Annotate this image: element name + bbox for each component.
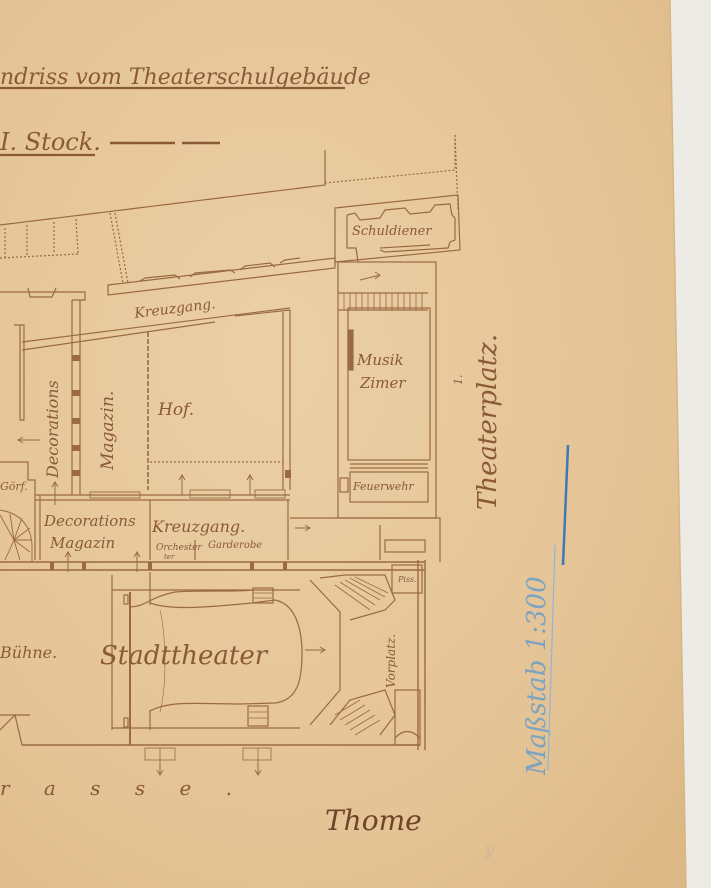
floor-plan-drawing: ndriss vom Theaterschulgebäude I. Stock. xyxy=(0,0,711,888)
scale-label: Maßstab 1:300 xyxy=(522,576,552,776)
room-label-feuerwehr: Feuerwehr xyxy=(352,480,414,493)
room-label-zimmer: Zimer xyxy=(359,374,406,392)
room-label-orchester: Orchester xyxy=(156,543,202,553)
room-label-piss: Piss. xyxy=(397,575,417,584)
floor-plan-sheet: ndriss vom Theaterschulgebäude I. Stock. xyxy=(0,0,711,888)
corner-mark: y xyxy=(484,840,495,859)
room-label-buhne: Bühne. xyxy=(0,643,57,662)
room-label-decorations: Decorations xyxy=(43,512,136,530)
plan-title: ndriss vom Theaterschulgebäude xyxy=(0,65,371,90)
room-label-schuldiener: Schuldiener xyxy=(352,224,432,239)
room-label-orchester-2: ter xyxy=(164,553,175,561)
theaterplatz-label: Theaterplatz. xyxy=(473,334,503,510)
room-label-stadttheater: Stadttheater xyxy=(100,641,269,671)
room-label-magazin-vertical: Magazin. xyxy=(98,391,118,471)
room-label-hof: Hof. xyxy=(157,400,194,420)
street-label: r a s s e . xyxy=(0,776,246,800)
room-label-musik: Musik xyxy=(356,351,404,369)
floor-label: I. Stock. xyxy=(0,128,101,156)
room-label-vorplatz: Vorplatz. xyxy=(384,634,398,688)
room-label-magazin: Magazin xyxy=(49,534,115,552)
room-label-gorf: Görf. xyxy=(0,480,28,493)
room-label-garderobe: Garderobe xyxy=(208,540,262,551)
room-label-decorations-vertical: Decorations xyxy=(43,380,62,479)
signature: Thome xyxy=(325,804,422,837)
room-label-kreuzgang-bottom: Kreuzgang. xyxy=(151,517,245,536)
theaterplatz-prefix: 1. xyxy=(452,375,465,386)
